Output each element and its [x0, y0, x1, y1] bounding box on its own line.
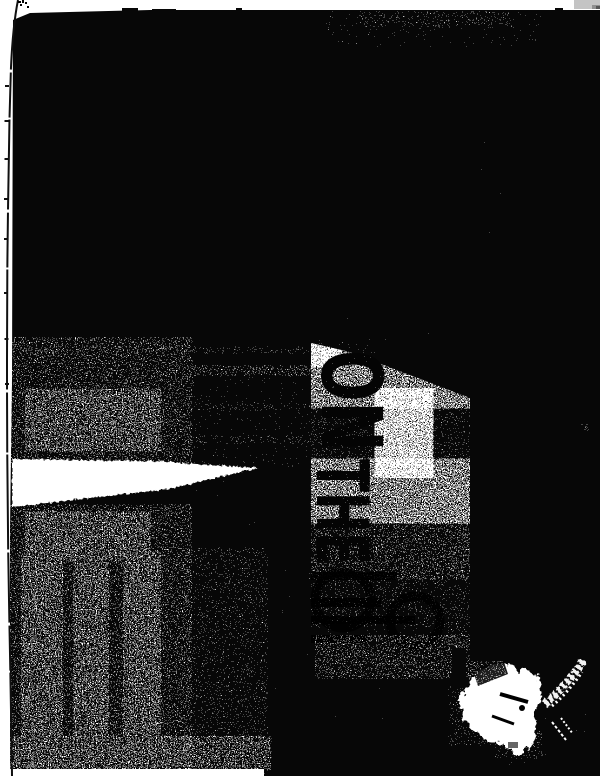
speck: [20, 4, 22, 6]
noise-region: [188, 378, 310, 466]
noise-region: [480, 46, 502, 236]
edge-line-tick: [4, 198, 8, 200]
noise-region: [190, 592, 310, 597]
sign-dither-right-edge: [448, 396, 470, 652]
edge-line-tick: [5, 85, 9, 87]
noise-region: [320, 306, 520, 342]
scanned-page: ON THE: [0, 0, 600, 776]
top-nick: [555, 8, 563, 10]
speck: [27, 6, 29, 8]
corner-speck-mark: [18, 0, 29, 8]
corner-dot: [596, 6, 600, 9]
noise-region: [195, 621, 310, 626]
noise-region: [28, 390, 158, 450]
noise-region: [22, 560, 62, 765]
edge-line-tick: [5, 383, 9, 385]
sign-panel: ON THE: [300, 343, 476, 663]
speck: [25, 2, 27, 4]
edge-line-tick: [5, 338, 9, 340]
noise-region: [95, 9, 205, 14]
edge-line-tick: [5, 120, 9, 122]
noise-region: [280, 740, 340, 746]
top-nick: [152, 9, 176, 11]
noise-region: [582, 425, 588, 430]
finger-shadow-dot: [519, 705, 525, 711]
noise-region: [205, 688, 475, 693]
top-nick: [236, 8, 242, 11]
speck: [22, 0, 24, 3]
edge-line-tick: [5, 158, 9, 160]
noise-region: [74, 566, 108, 766]
noise-region: [124, 556, 160, 764]
letter-dither-specks: [312, 344, 387, 569]
edge-line-tick: [4, 292, 8, 294]
noise-region: [188, 436, 313, 443]
noise-region: [360, 12, 510, 26]
halftone-photograph: ON THE: [0, 0, 600, 776]
finger-shadow-notch: [508, 742, 518, 748]
edge-line-tick: [4, 238, 8, 240]
top-nick: [122, 8, 138, 11]
noise-region: [10, 737, 266, 769]
noise-region: [190, 404, 310, 410]
hand-shadow-specks: [470, 662, 510, 688]
speck: [18, 1, 21, 3]
noise-region: [540, 752, 596, 768]
